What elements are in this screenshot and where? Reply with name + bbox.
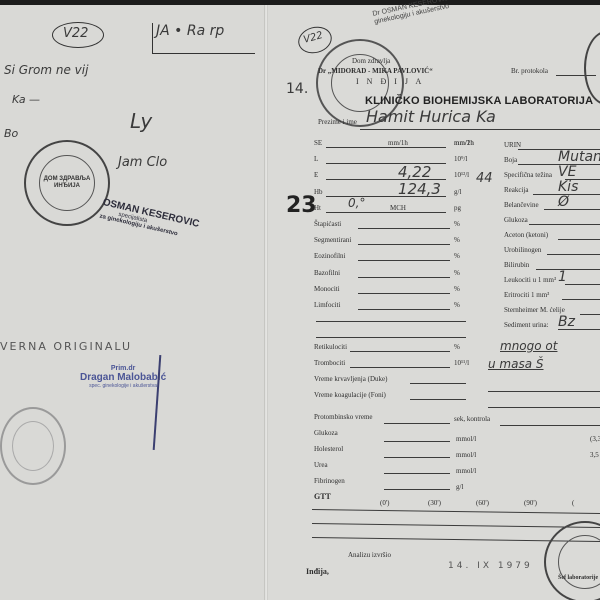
urine-field-line	[544, 209, 600, 210]
left-oval-text: V22	[63, 26, 88, 41]
signature-mark-2: Jam Clo	[118, 155, 167, 170]
patient-label: Prezime i ime	[318, 118, 357, 126]
blood-field-line	[358, 277, 450, 278]
blood-field-unit: %	[454, 301, 460, 309]
patient-line	[360, 129, 600, 130]
blood-field-label: Eozinofilni	[314, 252, 346, 260]
urine-field-value: Bz	[558, 314, 575, 330]
blood-field-label: L	[314, 155, 318, 163]
right-oval-text: V22	[302, 30, 324, 46]
gtt-label: GTT	[314, 492, 331, 501]
blood-field-line	[358, 293, 450, 294]
protrombin-unit: sek, kontrola	[454, 415, 490, 423]
doctor-stamp: OSMAN KESEROVIC specijalista za ginekolo…	[99, 197, 201, 242]
urine-field-label: Sediment urina:	[504, 321, 549, 329]
header-line-3: I N Đ I J A	[356, 77, 424, 86]
coag-field-line	[350, 351, 450, 352]
dom-zdravlja-stamp: ДОМ ЗДРАВЉА ИНЂИЈА	[24, 140, 110, 226]
primdr-specialty: spec. ginekologije i akušerstva	[80, 383, 166, 389]
handwriting-line-3: Bo	[4, 127, 18, 140]
blood-field-unit: 10⁹/l	[454, 155, 467, 163]
urine-field-label: Specifična težina	[504, 171, 552, 179]
blood-field-label: Monociti	[314, 285, 340, 293]
chem-field-ref: (3,3	[590, 435, 600, 443]
blood-field-extra: MCH	[390, 204, 406, 212]
chem-field-line	[384, 441, 450, 442]
row-number: 14.	[286, 81, 308, 97]
urine-field-label: URIN	[504, 141, 521, 149]
urine-field-line	[547, 254, 600, 255]
urine-field-label: Boja	[504, 156, 517, 164]
kontrola-line	[500, 425, 600, 426]
urine-field-line	[558, 239, 600, 240]
blood-field-label: Segmentirani	[314, 236, 351, 244]
urine-field-label: Urobilinogen	[504, 246, 541, 254]
protrombin-line	[384, 423, 450, 424]
right-blank-line-2	[488, 407, 600, 408]
blank-line-1	[316, 321, 466, 322]
blood-field-unit: %	[454, 236, 460, 244]
primdr-name: Dragan Malobabić	[80, 372, 166, 383]
chem-field-label: Fibrinogen	[314, 477, 345, 485]
signature-mark-1: Ly	[130, 109, 152, 133]
blood-field-value: 124,3	[398, 180, 441, 198]
blood-field-line	[326, 212, 446, 213]
urine-field-value: VE	[558, 164, 576, 180]
urine-field-value: Mutan	[558, 149, 600, 165]
urine-field-label: Leukociti u 1 mm³	[504, 276, 556, 284]
chem-field-ref: 3,5	[590, 451, 599, 459]
blood-field-label: E	[314, 171, 318, 179]
urine-field-line	[580, 314, 600, 315]
coag-field-line	[410, 399, 466, 400]
gtt-time: (0')	[380, 499, 389, 507]
chem-field-unit: g/l	[456, 483, 463, 491]
lab-title: KLINIČKO BIOHEMIJSKA LABORATORIJA	[365, 95, 593, 107]
chem-field-label: Urea	[314, 461, 328, 469]
chem-field-label: Glukoza	[314, 429, 338, 437]
blood-field-unit: pg	[454, 204, 461, 212]
blood-field-line	[358, 260, 450, 261]
urine-field-line	[565, 284, 600, 285]
coag-field-label: Vreme koagulacije (Foni)	[314, 391, 386, 399]
lab-round-stamp	[544, 521, 600, 600]
top-note: JA • Ra rp	[156, 23, 224, 39]
sediment-note-1: mnogo ot	[500, 339, 557, 353]
blood-field-value: 0,°	[348, 196, 365, 210]
chem-field-line	[384, 473, 450, 474]
primdr-title: Prim.dr	[80, 365, 166, 372]
header-line-1: Dom zdravlja	[352, 57, 390, 65]
handwriting-line-1: Si Grom ne vij	[4, 63, 88, 77]
coag-field-line	[350, 367, 450, 368]
gtt-time: (30')	[428, 499, 441, 507]
blood-field-unit: g/l	[454, 188, 461, 196]
protocol-label: Br. protokola	[511, 67, 548, 75]
blood-field-unit: %	[454, 285, 460, 293]
margin-number: 23	[286, 193, 317, 218]
coag-field-label: Trombociti	[314, 359, 345, 367]
left-oval-number: V22	[52, 22, 104, 48]
handwriting-line-2: Ka —	[12, 93, 40, 106]
coag-field-label: Retikulociti	[314, 343, 347, 351]
blood-field-unit-alt: mm/1h	[388, 139, 408, 147]
protrombin-label: Protombinsko vreme	[314, 413, 373, 421]
urine-field-line	[562, 299, 600, 300]
urine-field-label: Sternheimer M. ćelije	[504, 306, 565, 314]
urine-field-value: 1	[558, 269, 567, 285]
blood-field-unit: %	[454, 252, 460, 260]
analysis-label: Analizu izvršio	[348, 551, 391, 559]
blank-line-2	[316, 337, 466, 338]
blood-field-line	[358, 228, 450, 229]
chem-field-unit: mmol/l	[456, 451, 476, 459]
right-edge-stamp	[584, 31, 600, 105]
blood-field-unit2: mm/2h	[454, 139, 474, 147]
urine-field-label: Reakcija	[504, 186, 529, 194]
bottom-line-2	[312, 523, 600, 528]
urine-field-label: Glukoza	[504, 216, 528, 224]
coag-field-label: Vreme krvavljenja (Duke)	[314, 375, 387, 383]
coag-field-unit: 10¹¹/l	[454, 359, 469, 367]
blood-field-label: Štapićasti	[314, 220, 341, 228]
urine-field-label: Bilirubin	[504, 261, 529, 269]
chem-field-unit: mmol/l	[456, 467, 476, 475]
chem-field-unit: mmol/l	[456, 435, 476, 443]
gtt-time: (	[572, 499, 574, 507]
sediment-note-2: u masa Š	[488, 357, 544, 371]
place-label: Inđija,	[306, 567, 329, 576]
left-page: V22 JA • Ra rp Si Grom ne vij Ka — Bo Ly…	[0, 5, 266, 600]
chem-field-line	[384, 457, 450, 458]
bottom-line-1	[312, 509, 600, 514]
stamp-outer-text: ДОМ ЗДРАВЉА	[44, 176, 91, 183]
stamp-inner-text: ИНЂИЈА	[54, 183, 80, 190]
gtt-time: (90')	[524, 499, 537, 507]
urine-field-label: Aceton (ketoni)	[504, 231, 548, 239]
blood-field-unit: 10¹²/l	[454, 171, 469, 179]
coag-field-unit: %	[454, 343, 460, 351]
blood-field-line	[358, 309, 450, 310]
right-blank-line-1	[488, 391, 600, 392]
coag-field-line	[410, 383, 466, 384]
urine-field-value: Ø	[558, 194, 569, 210]
urine-field-value: Kis	[558, 179, 578, 195]
gtt-time: (60')	[476, 499, 489, 507]
lab-stamp-label: Šef laboratorije	[558, 575, 598, 581]
urine-field-line	[529, 224, 600, 225]
right-page: V22 Dom zdravlja Dr „MIDORAD - MIKA PAVL…	[268, 5, 600, 600]
chem-field-line	[384, 489, 450, 490]
blood-field-line	[326, 147, 446, 148]
urine-field-line	[536, 269, 600, 270]
header-line-2: Dr „MIDORAD - MIKA PAVLOVIĆ“	[318, 67, 433, 75]
blood-field-label: Bazofilni	[314, 269, 340, 277]
chem-field-label: Holesterol	[314, 445, 343, 453]
patient-value: Hamit Hurica Ka	[366, 107, 496, 126]
urine-field-label: Eritrociti 1 mm³	[504, 291, 549, 299]
primdr-stamp: Prim.dr Dragan Malobabić spec. ginekolog…	[80, 365, 166, 389]
date-value: 14. IX 1979	[448, 561, 533, 571]
faded-stamp	[0, 407, 66, 485]
blood-field-unit: %	[454, 269, 460, 277]
blood-field-label: Limfociti	[314, 301, 340, 309]
blood-field-unit: %	[454, 220, 460, 228]
certification-note: VERNA ORIGINALU	[0, 340, 132, 353]
blood-field-line	[358, 244, 450, 245]
margin-note: 44	[476, 171, 493, 186]
urine-field-label: Belančevine	[504, 201, 539, 209]
blood-field-label: SE	[314, 139, 322, 147]
